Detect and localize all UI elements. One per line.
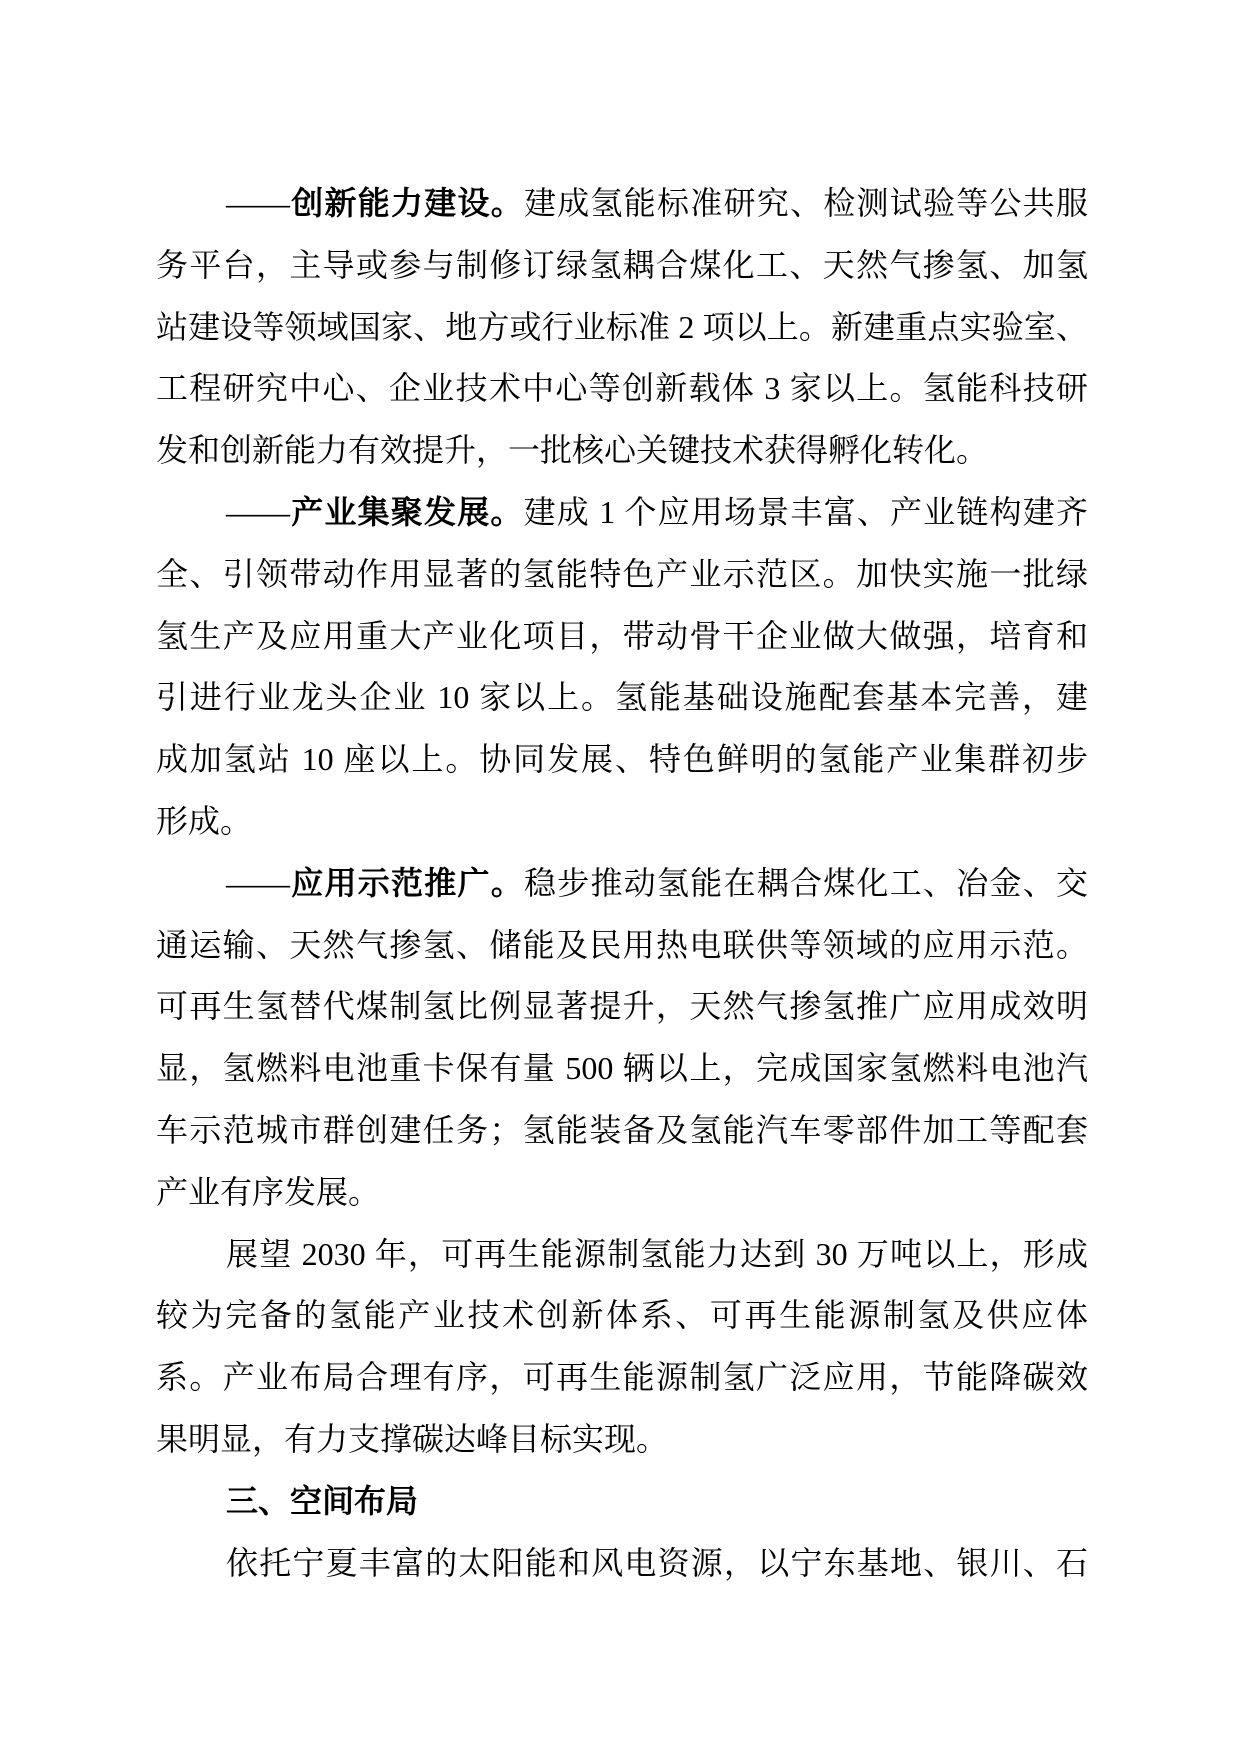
text-run: 发和创新能力有效提升，一批核心关键技术获得孵化转化。 (156, 432, 988, 468)
text-line: 通运输、天然气掺氢、储能及民用热电联供等领域的应用示范。 (156, 915, 1088, 977)
text-line: ——产业集聚发展。建成 1 个应用场景丰富、产业链构建齐 (156, 482, 1088, 544)
bold-heading-run: 三、空间布局 (226, 1483, 418, 1519)
text-line: 全、引领带动作用显著的氢能特色产业示范区。加快实施一批绿 (156, 544, 1088, 606)
text-run: 系。产业布局合理有序，可再生能源制氢广泛应用，节能降碳效 (156, 1359, 1088, 1395)
bold-heading-run: 应用示范推广。 (290, 865, 524, 901)
text-run: 形成。 (156, 803, 252, 839)
text-run: 稳步推动氢能在耦合煤化工、冶金、交 (524, 865, 1088, 901)
text-run: 全、引领带动作用显著的氢能特色产业示范区。加快实施一批绿 (156, 556, 1088, 592)
section-heading-line: 三、空间布局 (156, 1471, 1088, 1533)
text-run: —— (226, 865, 290, 901)
text-run: 建成氢能标准研究、检测试验等公共服 (524, 185, 1088, 221)
text-line: 成加氢站 10 座以上。协同发展、特色鲜明的氢能产业集群初步 (156, 729, 1088, 791)
text-run: 引进行业龙头企业 10 家以上。氢能基础设施配套基本完善，建 (156, 679, 1088, 715)
text-run: —— (226, 494, 290, 530)
document-page: ——创新能力建设。建成氢能标准研究、检测试验等公共服务平台，主导或参与制修订绿氢… (0, 0, 1240, 1754)
text-line: 车示范城市群创建任务；氢能装备及氢能汽车零部件加工等配套 (156, 1100, 1088, 1162)
text-run: 成加氢站 10 座以上。协同发展、特色鲜明的氢能产业集群初步 (156, 741, 1088, 777)
bold-heading-run: 产业集聚发展。 (290, 494, 524, 530)
text-run: 依托宁夏丰富的太阳能和风电资源，以宁东基地、银川、石 (226, 1545, 1088, 1581)
text-run: 建成 1 个应用场景丰富、产业链构建齐 (524, 494, 1088, 530)
bold-heading-run: 创新能力建设。 (290, 185, 524, 221)
text-line: 务平台，主导或参与制修订绿氢耦合煤化工、天然气掺氢、加氢 (156, 235, 1088, 297)
text-run: 务平台，主导或参与制修订绿氢耦合煤化工、天然气掺氢、加氢 (156, 247, 1088, 283)
text-line: 工程研究中心、企业技术中心等创新载体 3 家以上。氢能科技研 (156, 358, 1088, 420)
text-line: 可再生氢替代煤制氢比例显著提升，天然气掺氢推广应用成效明 (156, 976, 1088, 1038)
text-line: 引进行业龙头企业 10 家以上。氢能基础设施配套基本完善，建 (156, 667, 1088, 729)
document-text-block: ——创新能力建设。建成氢能标准研究、检测试验等公共服务平台，主导或参与制修订绿氢… (156, 173, 1088, 1594)
text-line: 形成。 (156, 791, 1088, 853)
text-line: 发和创新能力有效提升，一批核心关键技术获得孵化转化。 (156, 420, 1088, 482)
text-line: 显，氢燃料电池重卡保有量 500 辆以上，完成国家氢燃料电池汽 (156, 1038, 1088, 1100)
text-line: ——应用示范推广。稳步推动氢能在耦合煤化工、冶金、交 (156, 853, 1088, 915)
text-line: 氢生产及应用重大产业化项目，带动骨干企业做大做强，培育和 (156, 606, 1088, 668)
text-run: 显，氢燃料电池重卡保有量 500 辆以上，完成国家氢燃料电池汽 (156, 1050, 1088, 1086)
text-run: 氢生产及应用重大产业化项目，带动骨干企业做大做强，培育和 (156, 618, 1088, 654)
text-run: 产业有序发展。 (156, 1174, 380, 1210)
text-line: ——创新能力建设。建成氢能标准研究、检测试验等公共服 (156, 173, 1088, 235)
text-line: 展望 2030 年，可再生能源制氢能力达到 30 万吨以上，形成 (156, 1224, 1088, 1286)
text-run: —— (226, 185, 290, 221)
text-run: 果明显，有力支撑碳达峰目标实现。 (156, 1421, 668, 1457)
text-run: 可再生氢替代煤制氢比例显著提升，天然气掺氢推广应用成效明 (156, 988, 1088, 1024)
text-run: 展望 2030 年，可再生能源制氢能力达到 30 万吨以上，形成 (226, 1236, 1088, 1272)
text-line: 依托宁夏丰富的太阳能和风电资源，以宁东基地、银川、石 (156, 1533, 1088, 1595)
text-line: 较为完备的氢能产业技术创新体系、可再生能源制氢及供应体 (156, 1285, 1088, 1347)
text-line: 站建设等领域国家、地方或行业标准 2 项以上。新建重点实验室、 (156, 297, 1088, 359)
text-line: 果明显，有力支撑碳达峰目标实现。 (156, 1409, 1088, 1471)
text-run: 较为完备的氢能产业技术创新体系、可再生能源制氢及供应体 (156, 1297, 1088, 1333)
text-run: 站建设等领域国家、地方或行业标准 2 项以上。新建重点实验室、 (156, 309, 1088, 345)
text-run: 工程研究中心、企业技术中心等创新载体 3 家以上。氢能科技研 (156, 370, 1088, 406)
text-run: 通运输、天然气掺氢、储能及民用热电联供等领域的应用示范。 (156, 927, 1088, 963)
text-run: 车示范城市群创建任务；氢能装备及氢能汽车零部件加工等配套 (156, 1112, 1088, 1148)
text-line: 产业有序发展。 (156, 1162, 1088, 1224)
text-line: 系。产业布局合理有序，可再生能源制氢广泛应用，节能降碳效 (156, 1347, 1088, 1409)
